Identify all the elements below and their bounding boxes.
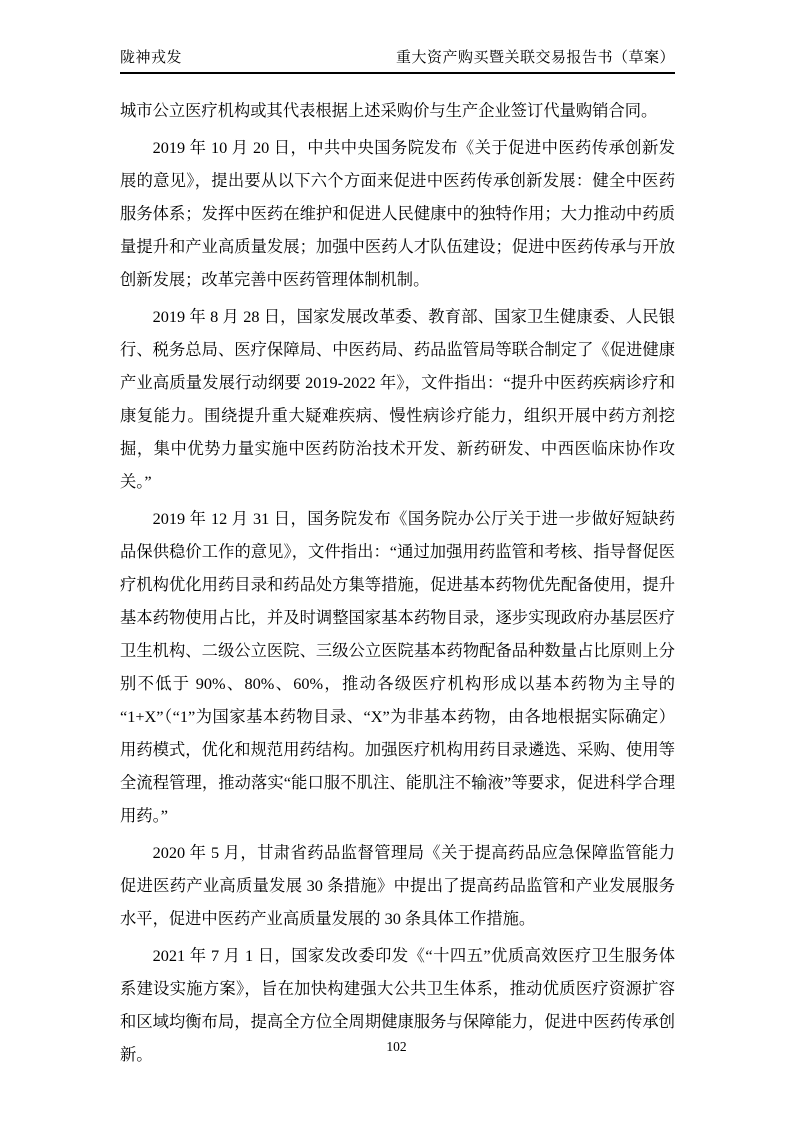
header-company-name: 陇神戎发 — [120, 48, 182, 68]
page-number: 102 — [386, 1039, 406, 1054]
document-body: 城市公立医疗机构或其代表根据上述采购价与生产企业签订代量购销合同。 2019 年… — [120, 94, 675, 1075]
body-paragraph-2019-10-20: 2019 年 10 月 20 日，中共中央国务院发布《关于促进中医药传承创新发展… — [120, 131, 675, 296]
page-footer: 102 — [0, 1038, 793, 1056]
page-header: 陇神戎发 重大资产购买暨关联交易报告书（草案） — [120, 48, 675, 74]
body-paragraph-2019-08-28: 2019 年 8 月 28 日，国家发展改革委、教育部、国家卫生健康委、人民银行… — [120, 300, 675, 498]
body-paragraph-continuation: 城市公立医疗机构或其代表根据上述采购价与生产企业签订代量购销合同。 — [120, 94, 675, 127]
document-page: 陇神戎发 重大资产购买暨关联交易报告书（草案） 城市公立医疗机构或其代表根据上述… — [0, 0, 793, 1122]
body-paragraph-2019-12-31: 2019 年 12 月 31 日，国务院发布《国务院办公厅关于进一步做好短缺药品… — [120, 502, 675, 832]
header-report-title: 重大资产购买暨关联交易报告书（草案） — [396, 48, 675, 68]
body-paragraph-2020-05: 2020 年 5 月，甘肃省药品监督管理局《关于提高药品应急保障监管能力促进医药… — [120, 836, 675, 935]
